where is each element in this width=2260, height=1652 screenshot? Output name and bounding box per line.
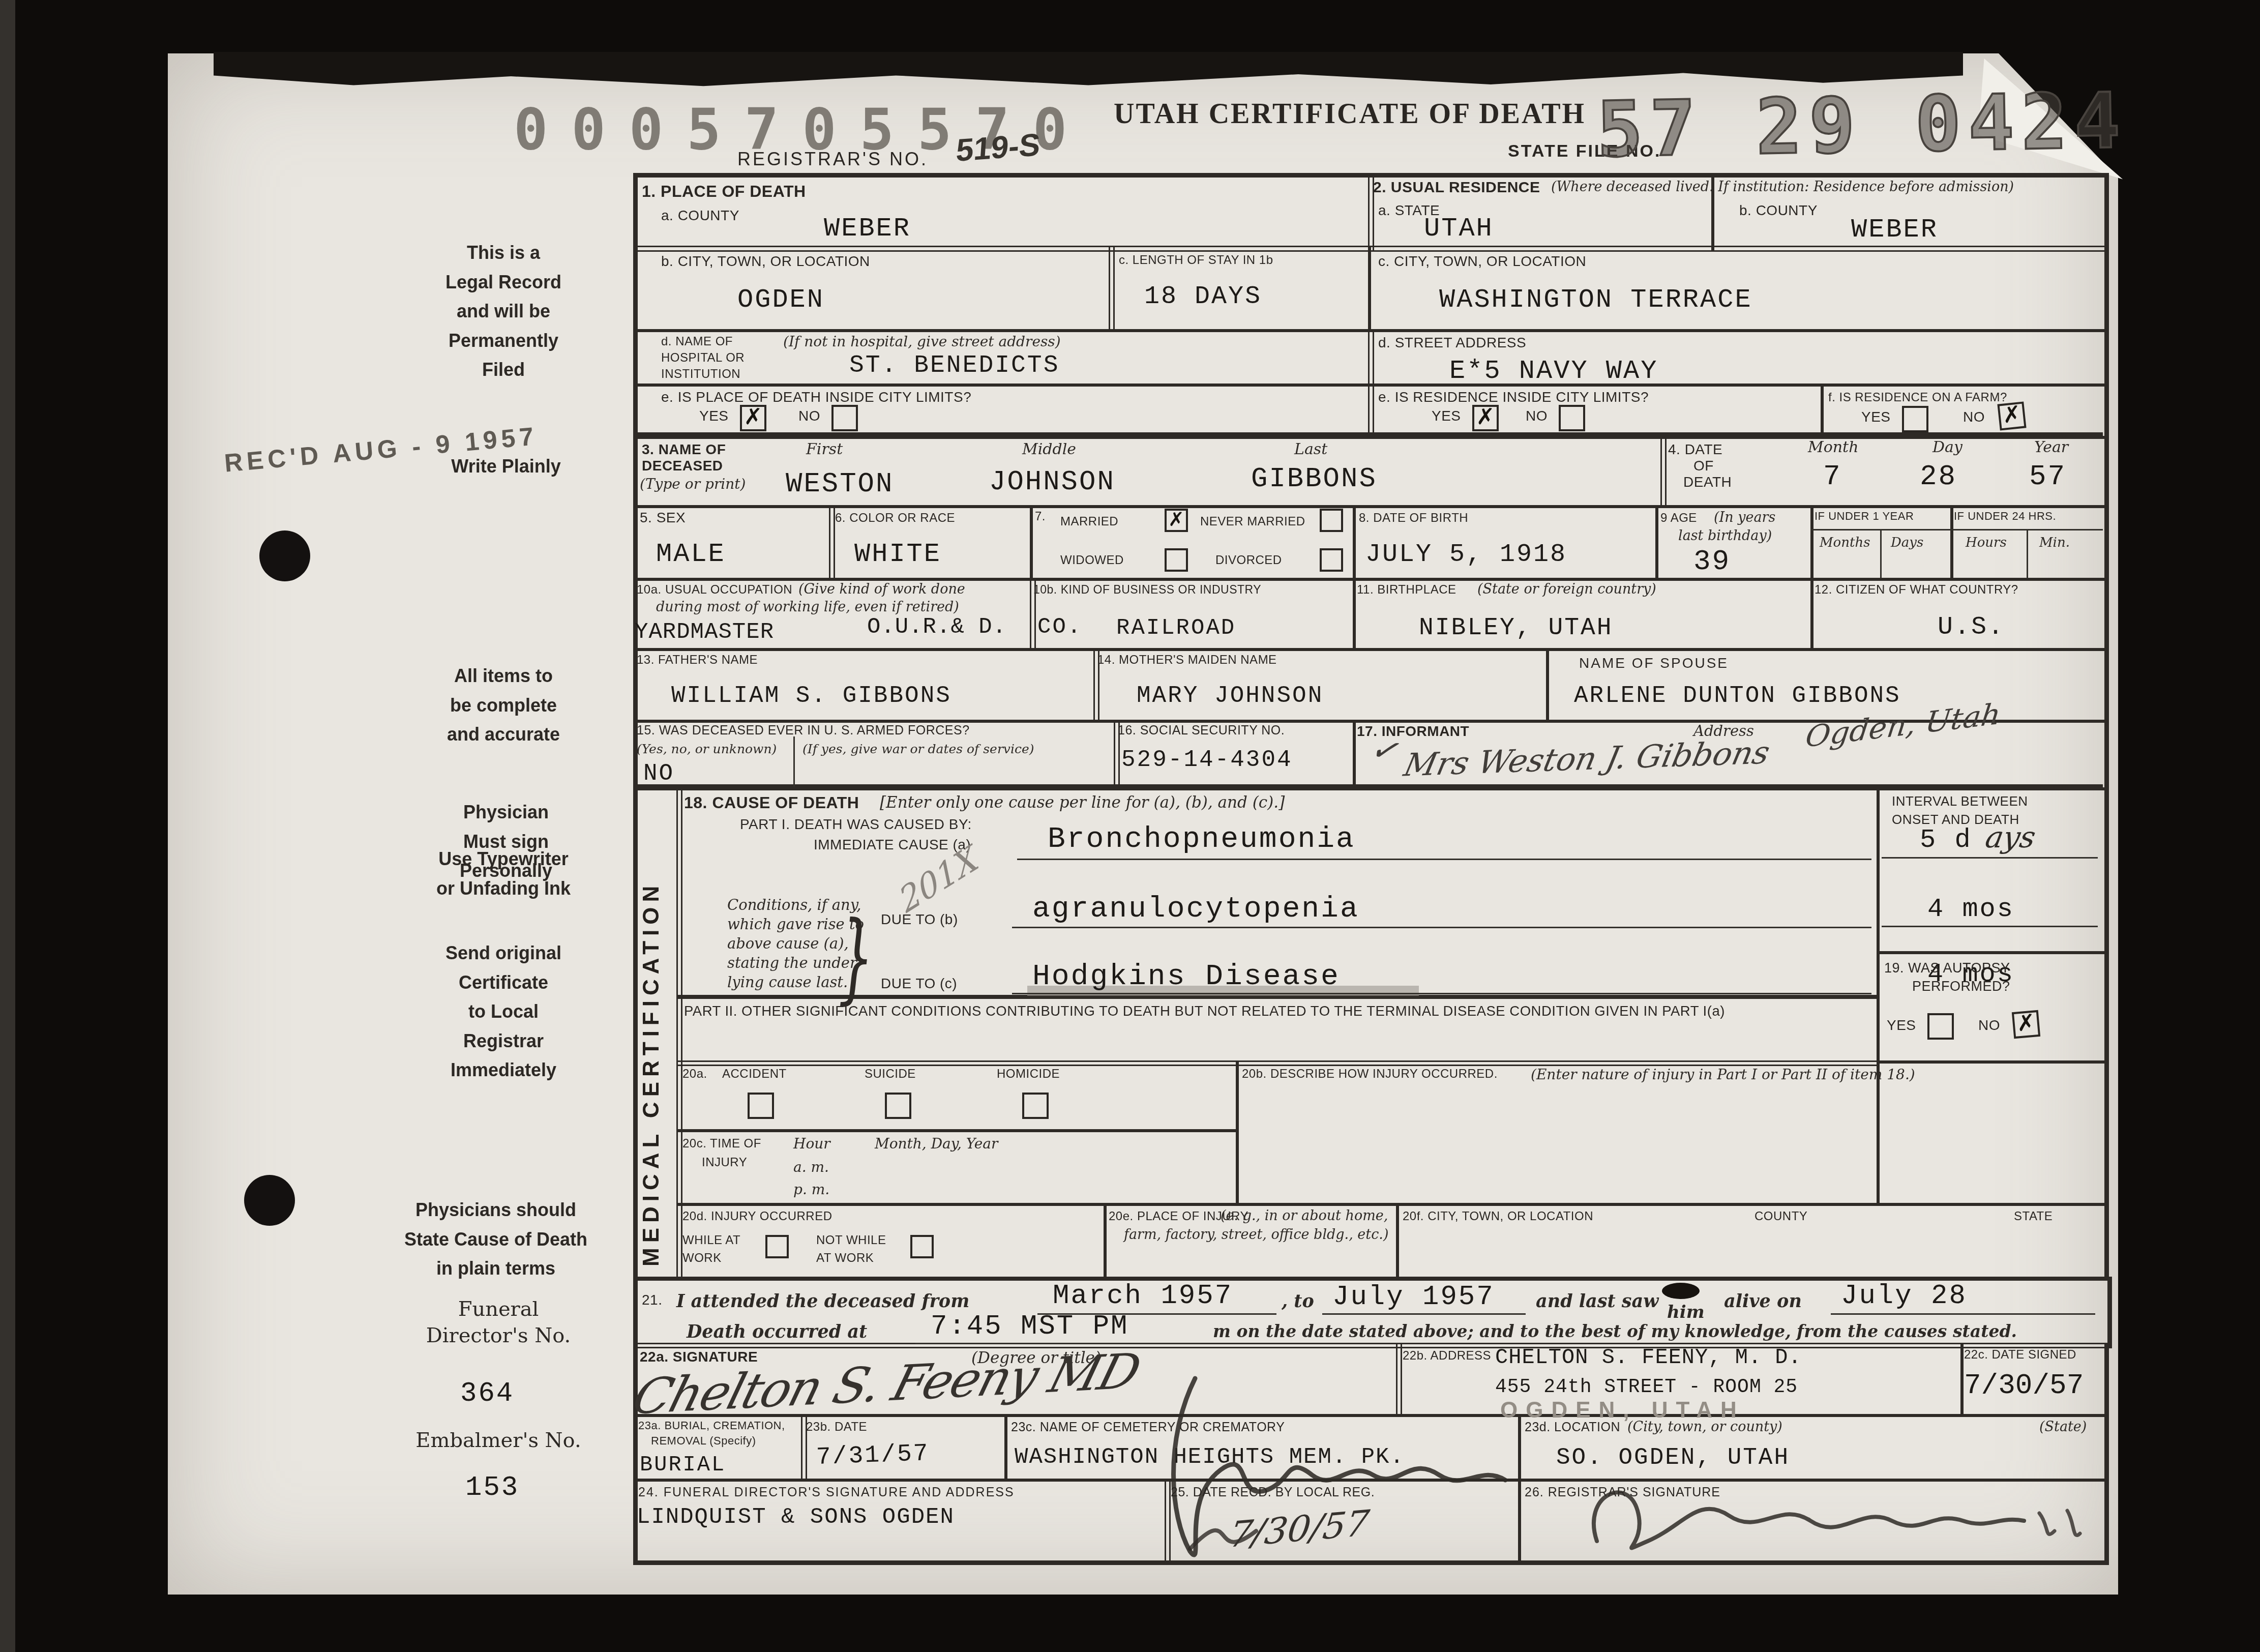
p21-text4: alive on — [1724, 1291, 1802, 1312]
p11-note: (State or foreign country) — [1477, 581, 1656, 597]
p11-label: 11. BIRTHPLACE — [1357, 583, 1456, 597]
p20b-label: 20b. DESCRIBE HOW INJURY OCCURRED. — [1242, 1067, 1498, 1081]
conditions-brace: } — [838, 900, 874, 1014]
p1d-label3: INSTITUTION — [661, 367, 740, 381]
cause-b-line — [1012, 927, 1871, 928]
p18-cond-line5: lying cause last. — [727, 973, 848, 991]
p21-text3: and last saw — [1536, 1291, 1658, 1312]
p9-label: 9 AGE — [1660, 511, 1697, 525]
p2-title-note: (Where deceased lived. If institution: R… — [1551, 179, 2014, 195]
embalmer-no-label: Embalmer's No. — [386, 1424, 610, 1457]
p4-month-header: Month — [1808, 438, 1858, 456]
p20e-note2: farm, factory, street, office bldg., etc… — [1124, 1227, 1388, 1243]
p1a-label: a. COUNTY — [661, 208, 739, 224]
p6-label: 6. COLOR OR RACE — [835, 511, 955, 525]
p2b-label: b. COUNTY — [1739, 202, 1818, 219]
p1e-yes-label: YES — [699, 408, 729, 424]
divider — [793, 736, 795, 787]
p5-label: 5. SEX — [640, 510, 686, 526]
p10b-value1: CO. — [1037, 614, 1082, 640]
funeral-director-no-value: 364 — [460, 1378, 514, 1409]
divider — [2027, 529, 2028, 578]
p10a-label: 10a. USUAL OCCUPATION — [637, 583, 792, 597]
p7-widowed-label: WIDOWED — [1060, 553, 1124, 568]
p7-widowed-checkbox — [1165, 548, 1188, 572]
p3-label3: (Type or print) — [640, 476, 746, 492]
p3-first-value: WESTON — [786, 469, 894, 500]
p25-label: 25. DATE RECD. BY LOCAL REG. — [1171, 1485, 1375, 1500]
p4-year-header: Year — [2034, 438, 2068, 456]
p19-no-checkbox: ✗ — [2012, 1010, 2040, 1039]
p13-label: 13. FATHER'S NAME — [637, 653, 758, 667]
p3-label1: 3. NAME OF — [642, 441, 726, 458]
interval-a-typed: 5 d — [1920, 825, 1972, 855]
punch-hole — [259, 530, 310, 581]
p20a-number: 20a. — [682, 1067, 707, 1081]
sidebar-note-physician-sign: PhysicianMust signPersonally — [437, 798, 575, 886]
spouse-value: ARLENE DUNTON GIBBONS — [1574, 683, 1901, 709]
p1b-value: OGDEN — [737, 285, 824, 315]
p23d-note: (City, town, or county) — [1627, 1419, 1782, 1435]
p9-hours-label: Hours — [1966, 535, 2007, 550]
p21-number: 21. — [642, 1292, 662, 1308]
p20c-mdy-label: Month, Day, Year — [875, 1135, 998, 1152]
p2a-value: UTAH — [1424, 214, 1494, 244]
p2e-yes-label: YES — [1432, 408, 1461, 424]
part2-label: PART II. OTHER SIGNIFICANT CONDITIONS CO… — [684, 1003, 1725, 1019]
p1c-label: c. LENGTH OF STAY IN 1b — [1119, 253, 1273, 268]
p9-min-label: Min. — [2039, 535, 2070, 550]
p1d-note: (If not in hospital, give street address… — [783, 333, 1061, 350]
p20e-note1: (e. g., in or about home, — [1221, 1208, 1388, 1224]
p13-value: WILLIAM S. GIBBONS — [671, 683, 951, 709]
p2c-value: WASHINGTON TERRACE — [1439, 285, 1752, 315]
p9-note2: last birthday) — [1678, 528, 1772, 544]
sidebar-note-all-items: All items tobe completeand accurate — [427, 661, 580, 749]
p7-never-married-label: NEVER MARRIED — [1200, 515, 1305, 529]
p20c-pm-label: p. m. — [793, 1181, 829, 1198]
p23a-label2: REMOVAL (Specify) — [651, 1434, 756, 1448]
p10b-label: 10b. KIND OF BUSINESS OR INDUSTRY — [1033, 583, 1261, 597]
interval-b-value: 4 mos — [1927, 894, 2014, 924]
p18-cause-a-value: Bronchopneumonia — [1048, 823, 1355, 856]
p15-value: NO — [643, 760, 674, 787]
p2f-yes-checkbox — [1902, 406, 1928, 432]
p22c-label: 22c. DATE SIGNED — [1964, 1348, 2076, 1362]
punch-hole — [244, 1175, 295, 1226]
p20f-county-label: COUNTY — [1755, 1209, 1807, 1224]
p9-value: 39 — [1693, 545, 1731, 578]
p3-last-value: GIBBONS — [1251, 464, 1377, 495]
p18-note: [Enter only one cause per line for (a), … — [880, 793, 1285, 812]
p16-value: 529-14-4304 — [1121, 747, 1293, 773]
p21-from-value: March 1957 — [1053, 1281, 1233, 1312]
p11-value: NIBLEY, UTAH — [1419, 614, 1613, 642]
p3-middle-header: Middle — [1022, 440, 1076, 458]
p12-label: 12. CITIZEN OF WHAT COUNTRY? — [1815, 583, 2018, 597]
p1-title: 1. PLACE OF DEATH — [642, 182, 806, 201]
p1d-label1: d. NAME OF — [661, 335, 733, 349]
p20c-hour-label: Hour — [793, 1135, 830, 1152]
cause-a-line — [1017, 859, 1871, 860]
p3-first-header: First — [806, 440, 843, 458]
interval-a-hand: ays — [1983, 820, 2038, 854]
p1d-value: ST. BENEDICTS — [849, 352, 1059, 379]
p4-label1: 4. DATE — [1668, 441, 1722, 458]
p2-title: 2. USUAL RESIDENCE — [1373, 179, 1540, 196]
p24-label: 24. FUNERAL DIRECTOR'S SIGNATURE AND ADD… — [638, 1485, 1015, 1500]
p9-under-1-year-label: IF UNDER 1 YEAR — [1815, 510, 1914, 523]
p20a-accident-label: ACCIDENT — [722, 1067, 787, 1081]
p23b-value: 7/31/57 — [816, 1440, 930, 1471]
p1e-no-checkbox — [831, 405, 858, 431]
p15-note2: (If yes, give war or dates of service) — [802, 742, 1034, 756]
p4-day-value: 28 — [1920, 460, 1957, 493]
p7-divorced-checkbox — [1320, 548, 1343, 572]
p20a-accident-checkbox — [748, 1093, 774, 1119]
p23a-value: BURIAL — [640, 1453, 726, 1477]
p4-day-header: Day — [1932, 438, 1962, 456]
p9-under-24-label: IF UNDER 24 HRS. — [1954, 510, 2056, 523]
interval-a-line — [1882, 857, 2098, 859]
p21-text5: Death occurred at — [687, 1321, 867, 1342]
page-title: UTAH CERTIFICATE OF DEATH — [1114, 98, 1586, 130]
p20b-note: (Enter nature of injury in Part I or Par… — [1531, 1066, 1915, 1083]
p20d-while-label2: WORK — [682, 1251, 722, 1265]
p3-label2: DECEASED — [642, 458, 723, 474]
line — [1831, 1313, 2095, 1315]
p9-days-label: Days — [1891, 535, 1923, 550]
interval-label1: INTERVAL BETWEEN — [1892, 793, 2028, 809]
p2d-value: E*5 NAVY WAY — [1449, 356, 1658, 386]
death-certificate-scan: 0005705570 REGISTRAR'S NO. 519-S UTAH CE… — [0, 0, 2260, 1652]
spouse-label: NAME OF SPOUSE — [1579, 655, 1729, 671]
p14-value: MARY JOHNSON — [1137, 683, 1323, 709]
p20d-notwhile-label2: AT WORK — [816, 1251, 874, 1265]
p19-label2: PERFORMED? — [1912, 979, 2010, 994]
p4-month-value: 7 — [1823, 460, 1842, 493]
sidebar-note-send-original: Send originalCertificateto Local Registr… — [422, 938, 585, 1085]
p18-part1-label: PART I. DEATH WAS CAUSED BY: — [740, 816, 972, 833]
p20a-suicide-checkbox — [885, 1093, 911, 1119]
p20d-while-label1: WHILE AT — [682, 1233, 740, 1248]
p20d-while-checkbox — [765, 1235, 789, 1258]
line — [1322, 1313, 1526, 1315]
p8-value: JULY 5, 1918 — [1365, 540, 1567, 569]
p19-no-label: NO — [1978, 1017, 2000, 1034]
p1a-value: WEBER — [824, 214, 911, 244]
p18-due-b-label: DUE TO (b) — [881, 911, 958, 928]
p8-label: 8. DATE OF BIRTH — [1359, 511, 1468, 525]
p9-note1: (In years — [1714, 510, 1775, 525]
p3-last-header: Last — [1294, 440, 1327, 458]
p2e-no-checkbox — [1559, 405, 1585, 431]
p5-value: MALE — [656, 539, 726, 569]
sidebar-note-legal-record: This is aLegal Recordand will be Permane… — [427, 238, 580, 385]
p2b-value: WEBER — [1851, 215, 1938, 245]
divider — [1880, 529, 1882, 578]
p2e-label: e. IS RESIDENCE INSIDE CITY LIMITS? — [1378, 389, 1649, 405]
p20d-notwhile-checkbox — [910, 1235, 934, 1258]
ink-blot — [1662, 1283, 1700, 1299]
sidebar-note-plain-terms: Physicians shouldState Cause of Deathin … — [386, 1195, 605, 1283]
p2f-no-label: NO — [1963, 409, 1985, 425]
p16-label: 16. SOCIAL SECURITY NO. — [1118, 723, 1285, 738]
p20d-label: 20d. INJURY OCCURRED — [682, 1209, 832, 1224]
p15-note1: (Yes, no, or unknown) — [637, 742, 777, 756]
p1c-value: 18 DAYS — [1144, 282, 1262, 311]
p20c-label2: INJURY — [702, 1156, 747, 1170]
p2e-no-label: NO — [1526, 408, 1548, 424]
registrar-no-value: 519-S — [955, 127, 1042, 169]
p17-address-label: Address — [1693, 722, 1754, 740]
p21-to-value: July 1957 — [1332, 1282, 1495, 1313]
p19-label1: 19. WAS AUTOPSY — [1884, 960, 2010, 976]
p6-value: WHITE — [854, 539, 941, 569]
p1e-yes-checkbox: ✗ — [740, 405, 766, 431]
p4-year-value: 57 — [2029, 460, 2066, 493]
p4-label3: DEATH — [1683, 474, 1732, 490]
p1d-label2: HOSPITAL OR — [661, 351, 745, 365]
p7-divorced-label: DIVORCED — [1215, 553, 1282, 568]
p18-cond-line3: above cause (a), — [727, 935, 849, 952]
p2f-yes-label: YES — [1861, 409, 1891, 425]
p21-him: him — [1667, 1302, 1705, 1322]
embalmer-no-value: 153 — [465, 1472, 519, 1503]
p2f-no-checkbox: ✗ — [1997, 401, 2026, 430]
p23d-state-note: (State) — [2039, 1419, 2087, 1435]
p18-cause-b-value: agranulocytopenia — [1032, 893, 1359, 926]
p1e-no-label: NO — [798, 408, 820, 424]
p20a-suicide-label: SUICIDE — [865, 1067, 916, 1081]
p1b-label: b. CITY, TOWN, OR LOCATION — [661, 253, 870, 270]
book-spine-edge — [0, 0, 15, 1652]
p20c-am-label: a. m. — [793, 1159, 829, 1175]
interval-b-line — [1882, 926, 2098, 927]
p7-number: 7. — [1035, 510, 1046, 524]
p2d-label: d. STREET ADDRESS — [1378, 335, 1526, 351]
p2f-label: f. IS RESIDENCE ON A FARM? — [1828, 391, 2007, 405]
p19-yes-label: YES — [1887, 1017, 1916, 1034]
p18-cause-c-value: Hodgkins Disease — [1032, 960, 1340, 993]
p7-married-label: MARRIED — [1060, 515, 1118, 529]
p10a-note2: during most of working life, even if ret… — [656, 599, 959, 615]
p20c-label1: 20c. TIME OF — [682, 1137, 761, 1151]
p1e-label: e. IS PLACE OF DEATH INSIDE CITY LIMITS? — [661, 389, 971, 405]
p21-lastsaw-value: July 28 — [1841, 1281, 1967, 1312]
p21-text2: , to — [1282, 1291, 1314, 1312]
p20f-state-label: STATE — [2014, 1209, 2053, 1224]
p21-text1: I attended the deceased from — [676, 1291, 969, 1312]
p10a-value1: YARDMASTER — [635, 619, 774, 645]
registrar-signature-scribble — [1566, 1465, 2085, 1567]
p3-middle-value: JOHNSON — [989, 467, 1115, 498]
p20a-homicide-checkbox — [1022, 1093, 1049, 1119]
p15-label: 15. WAS DECEASED EVER IN U. S. ARMED FOR… — [637, 723, 970, 738]
p23a-label1: 23a. BURIAL, CREMATION, — [638, 1419, 785, 1432]
p7-married-checkbox: ✗ — [1165, 509, 1188, 532]
p4-label2: OF — [1693, 458, 1714, 474]
p22a-label: 22a. SIGNATURE — [640, 1349, 758, 1365]
p14-label: 14. MOTHER'S MAIDEN NAME — [1097, 653, 1277, 667]
p10b-value2: RAILROAD — [1116, 615, 1236, 641]
p10a-value2: O.U.R.& D. — [867, 614, 1006, 640]
funeral-director-no-label: FuneralDirector's No. — [402, 1296, 595, 1349]
sidebar-note-write-plainly: Write Plainly — [435, 452, 577, 481]
cause-c-line — [1012, 993, 1871, 994]
p20a-homicide-label: HOMICIDE — [997, 1067, 1060, 1081]
medical-certification-label: MEDICAL CERTIFICATION — [639, 880, 664, 1266]
p24-value: LINDQUIST & SONS OGDEN — [637, 1504, 955, 1530]
p22c-value: 7/30/57 — [1964, 1369, 2084, 1402]
p10a-note1: (Give kind of work done — [798, 581, 965, 597]
p7-never-married-checkbox — [1320, 509, 1343, 532]
p9-months-label: Months — [1820, 535, 1870, 550]
p23b-label: 23b. DATE — [806, 1420, 867, 1434]
state-file-number-stamp: 57 29 0424 — [1596, 77, 2128, 174]
p18-due-c-label: DUE TO (c) — [881, 976, 957, 992]
p21-text6: m on the date stated above; and to the b… — [1213, 1321, 2017, 1341]
p20d-notwhile-label1: NOT WHILE — [816, 1233, 886, 1248]
p2e-yes-checkbox: ✗ — [1472, 405, 1499, 431]
p12-value: U.S. — [1938, 613, 2005, 642]
registrar-no-label: REGISTRAR'S NO. — [737, 149, 928, 170]
p21-time-value: 7:45 MST PM — [931, 1311, 1128, 1342]
p19-yes-checkbox — [1927, 1013, 1954, 1040]
line — [915, 1343, 1200, 1344]
p18-label: 18. CAUSE OF DEATH — [684, 793, 859, 812]
p2c-label: c. CITY, TOWN, OR LOCATION — [1378, 253, 1586, 270]
p20f-label: 20f. CITY, TOWN, OR LOCATION — [1403, 1209, 1593, 1224]
